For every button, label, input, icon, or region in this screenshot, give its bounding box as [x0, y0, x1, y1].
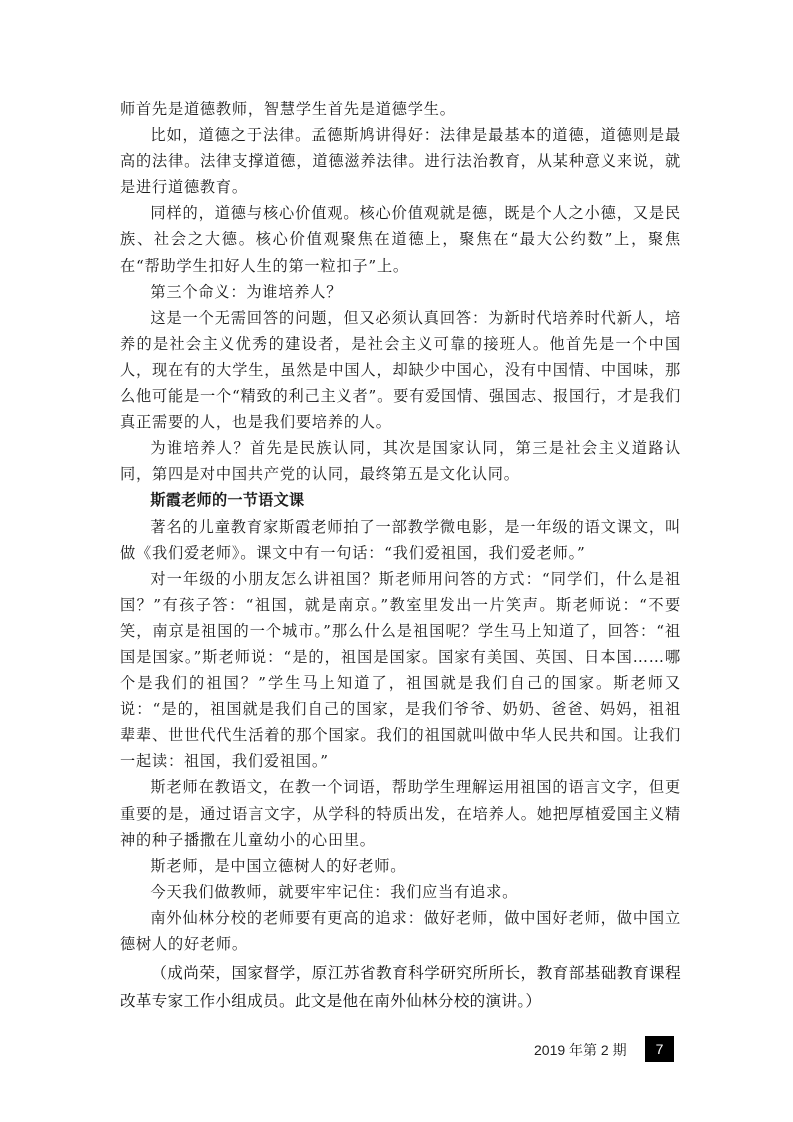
paragraph: 比如，道德之于法律。孟德斯鸠讲得好：法律是最基本的道德，道德则是最高的法律。法律…: [120, 122, 681, 200]
issue-label: 2019 年第 2 期: [534, 1037, 627, 1063]
paragraph: 斯老师，是中国立德树人的好老师。: [120, 853, 681, 879]
paragraph: 第三个命义：为谁培养人？: [120, 279, 681, 305]
paragraph: 同样的，道德与核心价值观。核心价值观就是德，既是个人之小德，又是民族、社会之大德…: [120, 200, 681, 278]
page-number: 7: [645, 1036, 674, 1062]
paragraph: 师首先是道德教师，智慧学生首先是道德学生。: [120, 96, 681, 122]
paragraph: 这是一个无需回答的问题，但又必须认真回答：为新时代培养时代新人，培养的是社会主义…: [120, 305, 681, 435]
article-body: 师首先是道德教师，智慧学生首先是道德学生。 比如，道德之于法律。孟德斯鸠讲得好：…: [120, 96, 681, 1015]
paragraph: 为谁培养人？首先是民族认同，其次是国家认同，第三是社会主义道路认同，第四是对中国…: [120, 435, 681, 487]
paragraph: 著名的儿童教育家斯霞老师拍了一部教学微电影，是一年级的语文课文，叫做《我们爱老师…: [120, 514, 681, 566]
paragraph: 南外仙林分校的老师要有更高的追求：做好老师，做中国好老师，做中国立德树人的好老师…: [120, 905, 681, 957]
section-heading: 斯霞老师的一节语文课: [120, 487, 681, 513]
paragraph: 对一年级的小朋友怎么讲祖国？斯老师用问答的方式：“同学们，什么是祖国？”有孩子答…: [120, 566, 681, 775]
paragraph: 今天我们做教师，就要牢牢记住：我们应当有追求。: [120, 879, 681, 905]
paragraph: 斯老师在教语文，在教一个词语，帮助学生理解运用祖国的语言文字，但更重要的是，通过…: [120, 774, 681, 852]
author-byline: （成尚荣，国家督学，原江苏省教育科学研究所所长，教育部基础教育课程改革专家工作小…: [120, 959, 681, 1015]
